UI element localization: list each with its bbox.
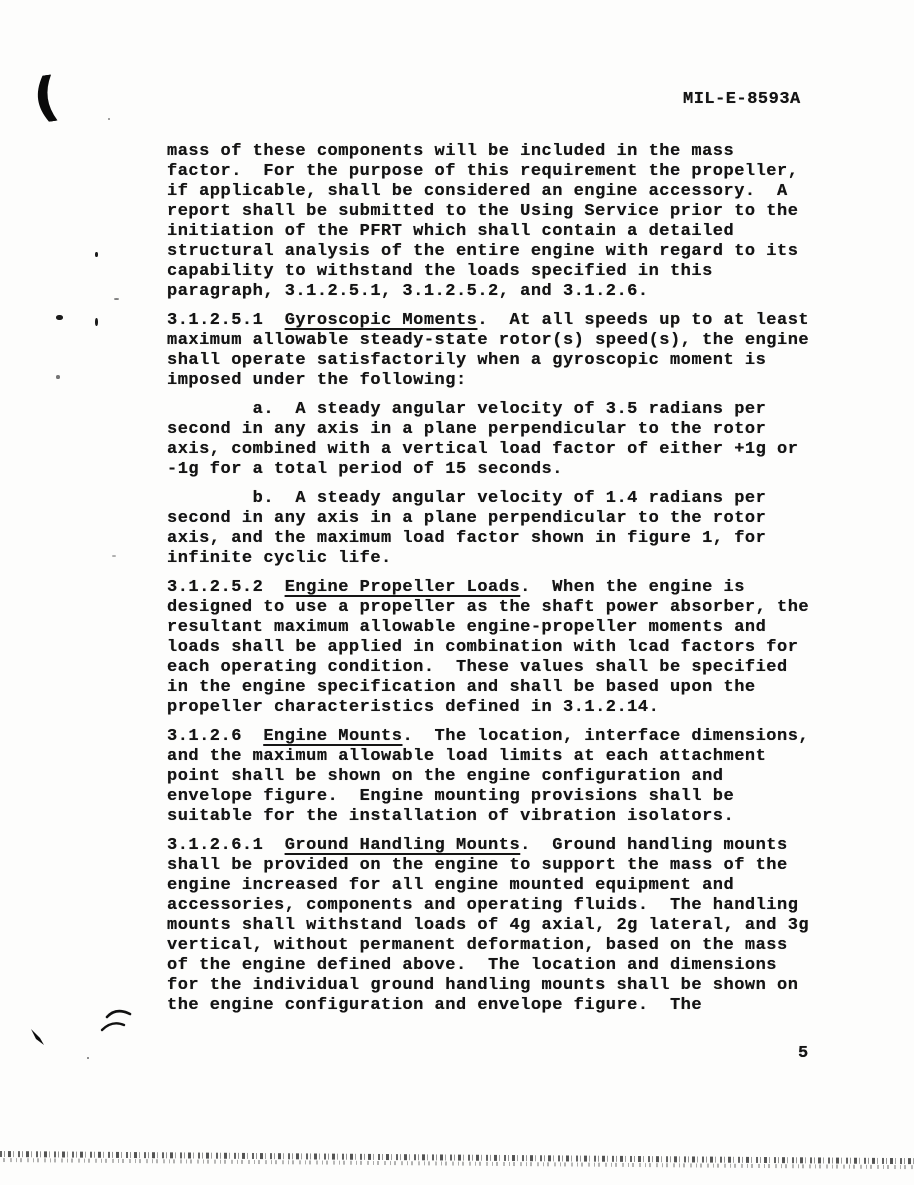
doc-number: MIL-E-8593A: [683, 90, 801, 109]
paragraph: b. A steady angular velocity of 1.4 radi…: [167, 489, 809, 569]
text-line: accessories, components and operating fl…: [167, 896, 809, 916]
paragraph: 3.1.2.5.1 Gyroscopic Moments. At all spe…: [167, 311, 809, 391]
text-line: a. A steady angular velocity of 3.5 radi…: [167, 400, 809, 420]
text-line: shall operate satisfactorily when a gyro…: [167, 351, 809, 371]
text-line: infinite cyclic life.: [167, 549, 809, 569]
text-line: of the engine defined above. The locatio…: [167, 956, 809, 976]
text-line: and the maximum allowable load limits at…: [167, 747, 809, 767]
scan-artifact-squiggle: [100, 1006, 134, 1036]
text-line: shall be provided on the engine to suppo…: [167, 856, 809, 876]
scan-speck: [87, 1057, 89, 1059]
scanned-page: ( MIL-E-8593A mass of these components w…: [0, 0, 914, 1185]
text-line: capability to withstand the loads specif…: [167, 262, 809, 282]
text-line: 3.1.2.5.2 Engine Propeller Loads. When t…: [167, 578, 809, 598]
text-line: the engine configuration and envelope fi…: [167, 996, 809, 1016]
scan-speck: [95, 318, 98, 326]
text-line: loads shall be applied in combination wi…: [167, 638, 809, 658]
text-line: for the individual ground handling mount…: [167, 976, 809, 996]
text-line: propeller characteristics defined in 3.1…: [167, 698, 809, 718]
scan-artifact-paren: (: [30, 67, 62, 130]
scan-speck: [56, 315, 63, 320]
scan-artifact-tick: [30, 1028, 48, 1048]
text-line: envelope figure. Engine mounting provisi…: [167, 787, 809, 807]
text-line: imposed under the following:: [167, 371, 809, 391]
text-line: mounts shall withstand loads of 4g axial…: [167, 916, 809, 936]
text-line: point shall be shown on the engine confi…: [167, 767, 809, 787]
text-line: in the engine specification and shall be…: [167, 678, 809, 698]
text-line: structural analysis of the entire engine…: [167, 242, 809, 262]
scan-speck: [95, 252, 98, 257]
text-line: report shall be submitted to the Using S…: [167, 202, 809, 222]
paragraph: 3.1.2.5.2 Engine Propeller Loads. When t…: [167, 578, 809, 718]
paragraph: mass of these components will be include…: [167, 142, 809, 302]
text-line: second in any axis in a plane perpendicu…: [167, 509, 809, 529]
text-line: suitable for the installation of vibrati…: [167, 807, 809, 827]
scan-speck: [114, 298, 119, 300]
text-line: 3.1.2.6 Engine Mounts. The location, int…: [167, 727, 809, 747]
text-line: mass of these components will be include…: [167, 142, 809, 162]
text-line: axis, combined with a vertical load fact…: [167, 440, 809, 460]
text-line: b. A steady angular velocity of 1.4 radi…: [167, 489, 809, 509]
text-line: resultant maximum allowable engine-prope…: [167, 618, 809, 638]
text-line: 3.1.2.6.1 Ground Handling Mounts. Ground…: [167, 836, 809, 856]
text-line: paragraph, 3.1.2.5.1, 3.1.2.5.2, and 3.1…: [167, 282, 809, 302]
text-line: designed to use a propeller as the shaft…: [167, 598, 809, 618]
text-line: second in any axis in a plane perpendicu…: [167, 420, 809, 440]
text-line: -1g for a total period of 15 seconds.: [167, 460, 809, 480]
text-line: initiation of the PFRT which shall conta…: [167, 222, 809, 242]
text-line: vertical, without permanent deformation,…: [167, 936, 809, 956]
scan-speck: [108, 118, 110, 120]
paragraph: a. A steady angular velocity of 3.5 radi…: [167, 400, 809, 480]
text-line: 3.1.2.5.1 Gyroscopic Moments. At all spe…: [167, 311, 809, 331]
text-line: axis, and the maximum load factor shown …: [167, 529, 809, 549]
text-line: factor. For the purpose of this requirem…: [167, 162, 809, 182]
page-number: 5: [798, 1044, 808, 1063]
scan-speck: [56, 375, 60, 379]
paragraph: 3.1.2.6.1 Ground Handling Mounts. Ground…: [167, 836, 809, 1016]
text-line: maximum allowable steady-state rotor(s) …: [167, 331, 809, 351]
paragraph: 3.1.2.6 Engine Mounts. The location, int…: [167, 727, 809, 827]
text-line: engine increased for all engine mounted …: [167, 876, 809, 896]
text-line: if applicable, shall be considered an en…: [167, 182, 809, 202]
scan-speck: [112, 555, 116, 557]
document-body: mass of these components will be include…: [167, 142, 809, 1025]
text-line: each operating condition. These values s…: [167, 658, 809, 678]
